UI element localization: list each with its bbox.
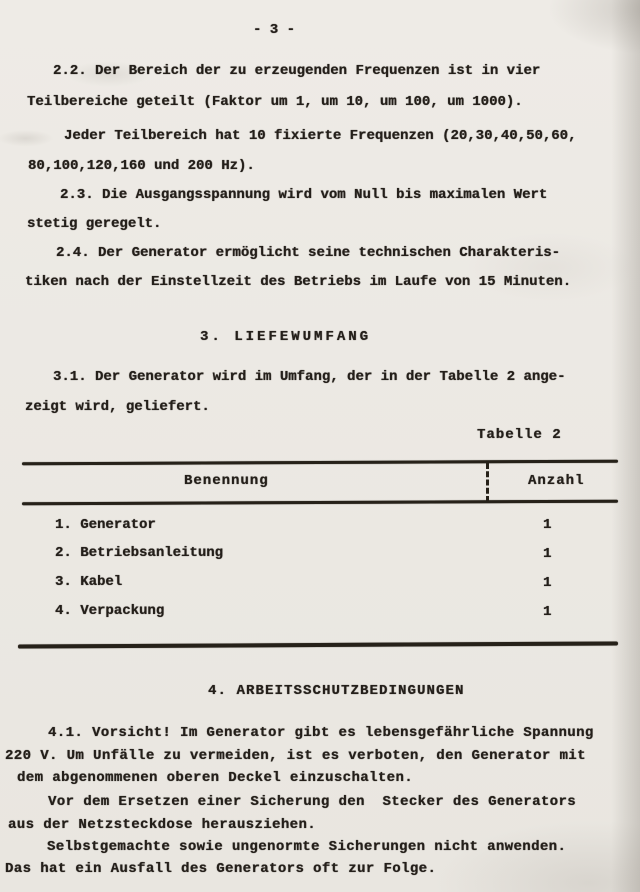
section-3-heading: 3. LIEFEWUMFANG <box>200 329 371 346</box>
table-row-name: 3. Kabel <box>55 574 122 591</box>
paragraph-2-2-line-1: 2.2. Der Bereich der zu erzeugenden Freq… <box>53 63 540 80</box>
paragraph-frequencies-line-2: 80,100,120,160 und 200 Hz). <box>28 158 255 175</box>
paragraph-3-1-line-1: 3.1. Der Generator wird im Umfang, der i… <box>53 369 565 386</box>
page-number: - 3 - <box>253 22 295 39</box>
paragraph-4-1-line-5: aus der Netzsteckdose herausziehen. <box>8 817 316 834</box>
table-top-rule <box>22 460 618 466</box>
section-4-heading: 4. ARBEITSSCHUTZBEDINGUNGEN <box>208 683 465 700</box>
table-bottom-rule <box>18 641 618 648</box>
paragraph-3-1-line-2: zeigt wird, geliefert. <box>25 399 210 416</box>
paragraph-4-1-line-6: Selbstgemachte sowie ungenormte Sicherun… <box>47 839 566 856</box>
paragraph-frequencies-line-1: Jeder Teilbereich hat 10 fixierte Freque… <box>64 128 576 145</box>
table-row-name: 1. Generator <box>55 517 156 534</box>
paragraph-4-1-line-3: dem abgenommenen oberen Deckel einzuscha… <box>17 770 413 787</box>
scanned-document-page: - 3 - 2.2. Der Bereich der zu erzeugende… <box>0 0 640 892</box>
paragraph-2-3-line-1: 2.3. Die Ausgangsspannung wird vom Null … <box>60 187 547 204</box>
table-caption: Tabelle 2 <box>477 427 562 444</box>
table-row-qty: 1 <box>543 575 551 592</box>
table-row-name: 4. Verpackung <box>55 603 164 620</box>
table-row-name: 2. Betriebsanleitung <box>55 545 223 562</box>
table-header-column-separator <box>486 463 489 502</box>
paragraph-4-1-line-7: Das hat ein Ausfall des Generators oft z… <box>5 861 436 878</box>
table-row-qty: 1 <box>543 517 551 534</box>
paragraph-2-4-line-1: 2.4. Der Generator ermöglicht seine tech… <box>56 245 560 262</box>
table-row-qty: 1 <box>543 604 551 621</box>
table-header-rule <box>22 500 618 506</box>
paragraph-2-2-line-2: Teilbereiche geteilt (Faktor um 1, um 10… <box>27 94 523 111</box>
paragraph-4-1-line-2: 220 V. Um Unfälle zu vermeiden, ist es v… <box>5 748 586 765</box>
paragraph-2-3-line-2: stetig geregelt. <box>27 216 161 233</box>
paragraph-2-4-line-2: tiken nach der Einstellzeit des Betriebs… <box>25 274 571 291</box>
table-header-benennung: Benennung <box>184 473 269 490</box>
table-row-qty: 1 <box>543 546 551 563</box>
paragraph-4-1-line-4: Vor dem Ersetzen einer Sicherung den Ste… <box>48 794 576 811</box>
paragraph-4-1-line-1: 4.1. Vorsicht! Im Generator gibt es lebe… <box>48 725 594 742</box>
table-header-anzahl: Anzahl <box>528 473 584 490</box>
